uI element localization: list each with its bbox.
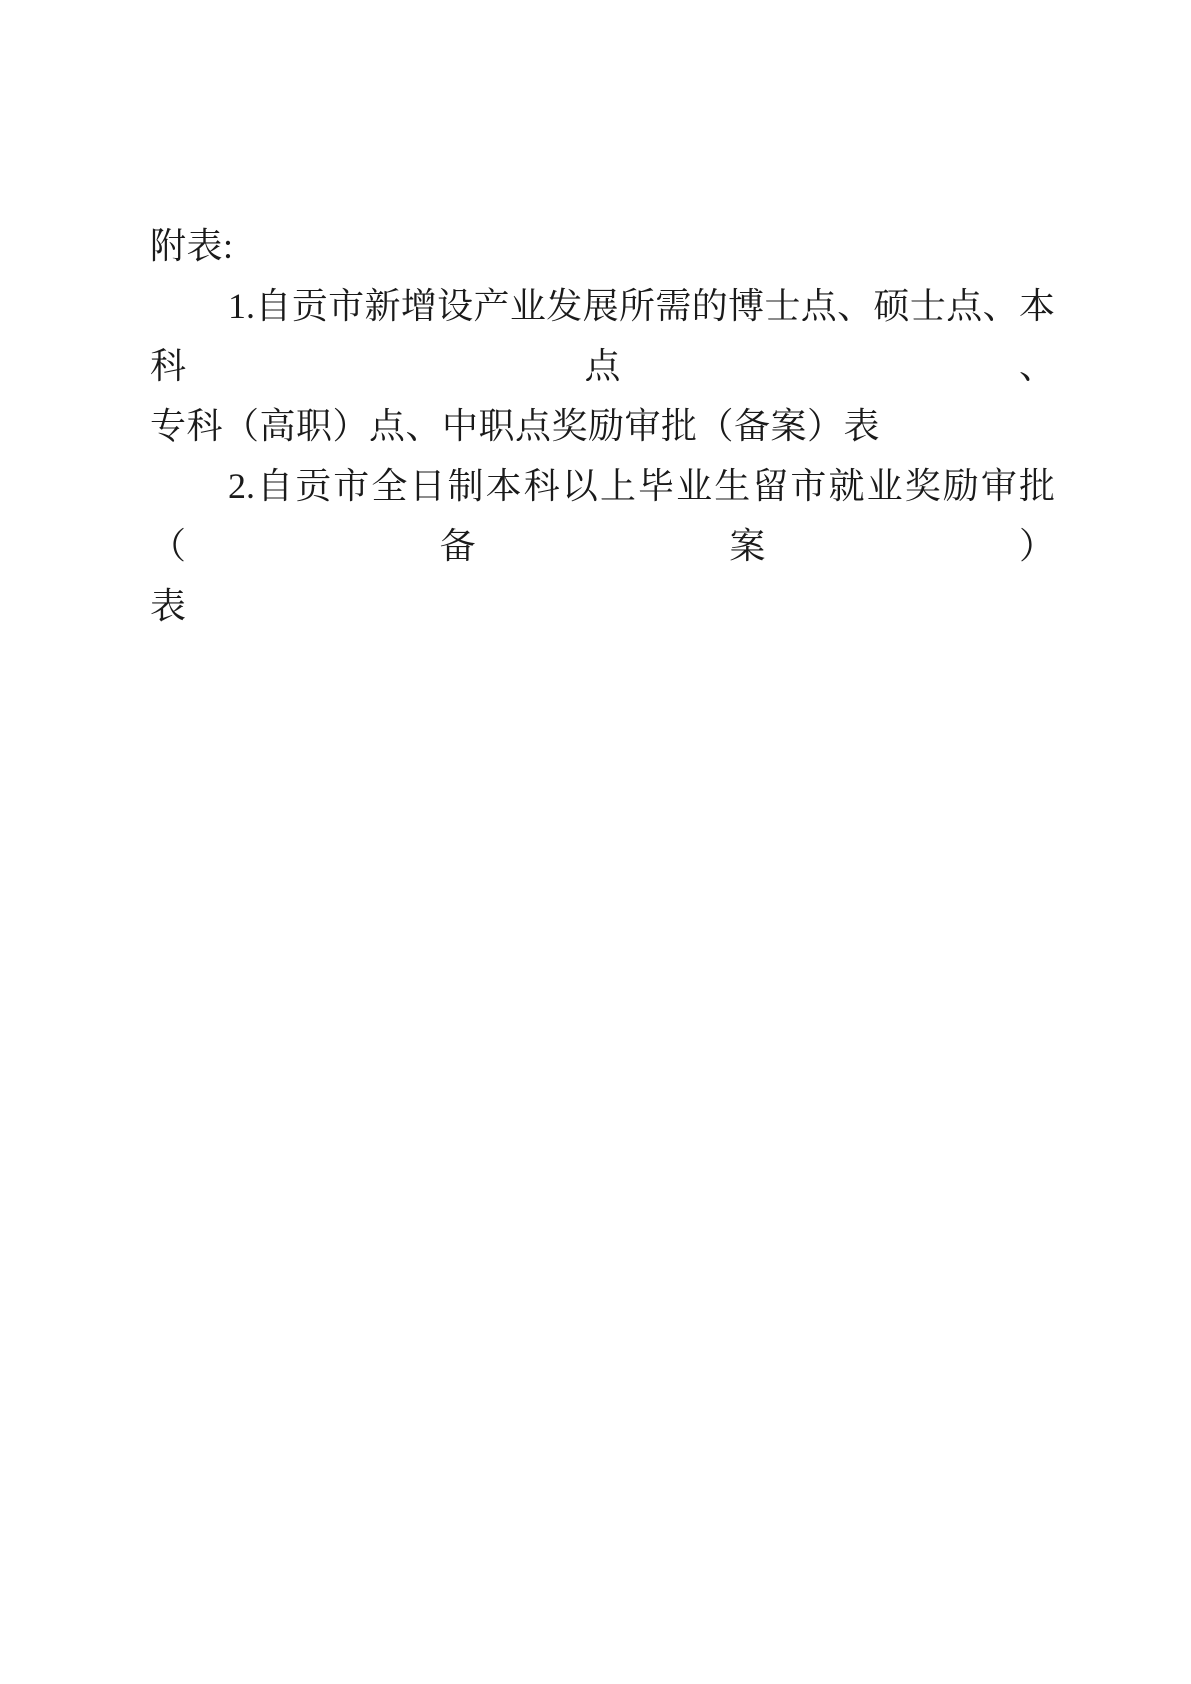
attachment-item-1-line-1: 1.自贡市新增设产业发展所需的博士点、硕士点、本科点、 xyxy=(150,276,1055,396)
attachment-item-2-line-1: 2.自贡市全日制本科以上毕业生留市就业奖励审批（备案） xyxy=(150,456,1055,576)
document-page: 附表: 1.自贡市新增设产业发展所需的博士点、硕士点、本科点、 专科（高职）点、… xyxy=(0,0,1191,1684)
attachment-item-2-line-2: 表 xyxy=(150,576,1055,636)
attachment-label: 附表: xyxy=(150,216,1055,276)
attachment-item-1-line-2: 专科（高职）点、中职点奖励审批（备案）表 xyxy=(150,396,1055,456)
